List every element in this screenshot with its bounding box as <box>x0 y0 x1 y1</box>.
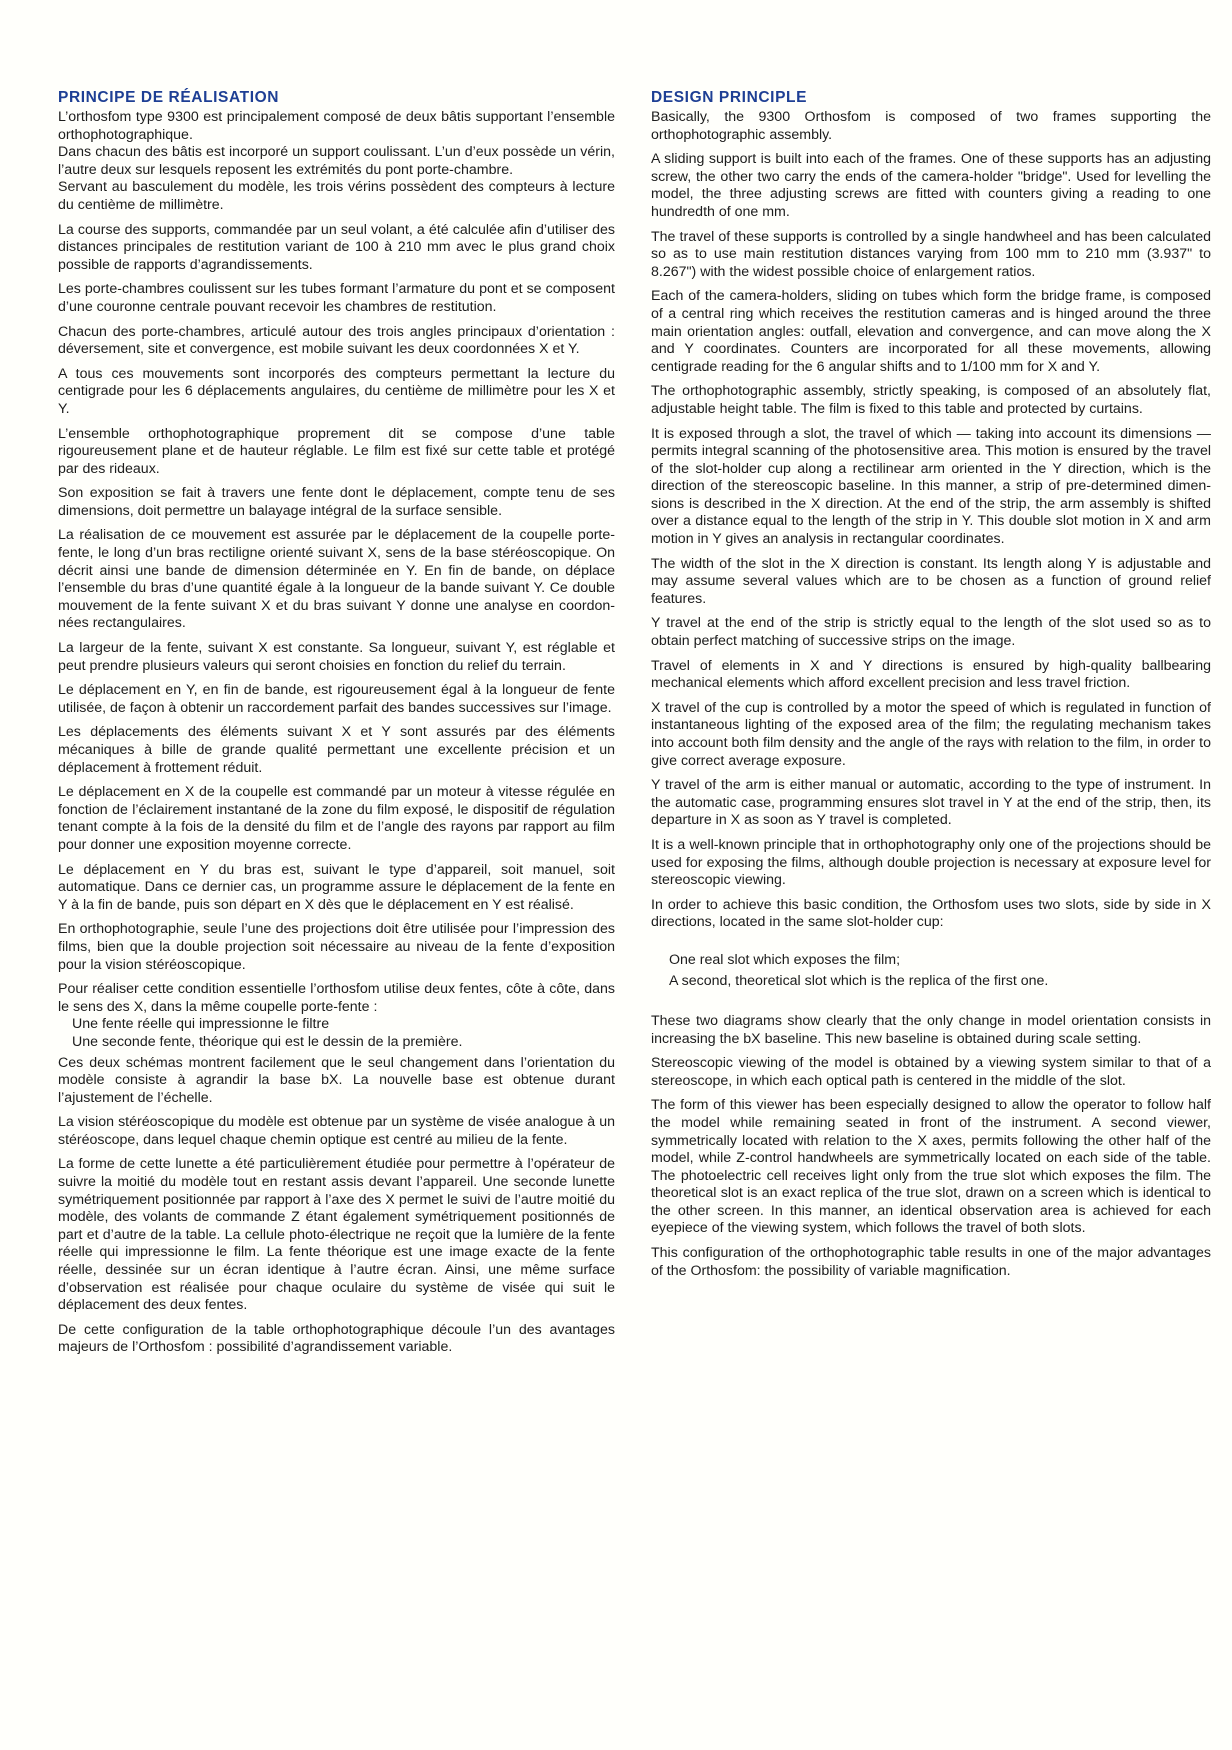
paragraph: La forme de cette lunette a été particul… <box>58 1156 615 1314</box>
paragraph: The form of this viewer has been especia… <box>651 1097 1211 1238</box>
english-column: DESIGN PRINCIPLE Basically, the 9300 Ort… <box>651 88 1211 1287</box>
paragraph: Chacun des porte-chambres, articulé auto… <box>58 324 615 359</box>
paragraph: Each of the camera-holders, sliding on t… <box>651 288 1211 376</box>
paragraph: Dans chacun des bâtis est incorporé un s… <box>58 144 615 179</box>
paragraph: It is a well-known principle that in ort… <box>651 837 1211 890</box>
paragraph: These two diagrams show clearly that the… <box>651 1013 1211 1048</box>
slot-list: One real slot which exposes the film; A … <box>651 950 1211 992</box>
slot-list: Une fente réelle qui impressionne le fil… <box>58 1016 615 1051</box>
paragraph: Ces deux schémas montrent facilement que… <box>58 1055 615 1108</box>
french-heading: PRINCIPE DE RÉALISATION <box>58 88 615 108</box>
paragraph: A tous ces mouvements sont incorporés de… <box>58 366 615 419</box>
paragraph: Basically, the 9300 Orthosfom is compose… <box>651 109 1211 144</box>
paragraph: De cette configuration de la table ortho… <box>58 1322 615 1357</box>
paragraph: Le déplacement en Y, en fin de bande, es… <box>58 682 615 717</box>
paragraph: La course des supports, commandée par un… <box>58 222 615 275</box>
paragraph: Y travel at the end of the strip is stri… <box>651 615 1211 650</box>
paragraph: Son exposition se fait à travers une fen… <box>58 485 615 520</box>
paragraph: Pour réaliser cette condition essentiell… <box>58 981 615 1016</box>
list-item: Une seconde fente, théorique qui est le … <box>72 1034 615 1052</box>
list-item: One real slot which exposes the film; <box>669 950 1211 971</box>
paragraph: Le déplacement en Y du bras est, suivant… <box>58 862 615 915</box>
english-heading: DESIGN PRINCIPLE <box>651 88 1211 108</box>
paragraph: La réalisation de ce mouvement est assur… <box>58 527 615 633</box>
paragraph: Travel of elements in X and Y directions… <box>651 658 1211 693</box>
paragraph: La largeur de la fente, suivant X est co… <box>58 640 615 675</box>
paragraph: Les déplacements des éléments suivant X … <box>58 724 615 777</box>
paragraph: Les porte-chambres coulissent sur les tu… <box>58 281 615 316</box>
list-item: A second, theoretical slot which is the … <box>669 971 1211 992</box>
paragraph: Servant au basculement du modèle, les tr… <box>58 179 615 214</box>
paragraph: The width of the slot in the X direction… <box>651 556 1211 609</box>
paragraph: Stereoscopic viewing of the model is obt… <box>651 1055 1211 1090</box>
paragraph: L’ensemble orthophotographique propremen… <box>58 426 615 479</box>
paragraph: En orthophotographie, seule l’une des pr… <box>58 921 615 974</box>
paragraph: In order to achieve this basic condition… <box>651 897 1211 932</box>
list-item: Une fente réelle qui impressionne le fil… <box>72 1016 615 1034</box>
paragraph: The travel of these supports is controll… <box>651 229 1211 282</box>
paragraph: L’orthosfom type 9300 est principalement… <box>58 109 615 144</box>
document-page: PRINCIPE DE RÉALISATION L’orthosfom type… <box>0 0 1232 1750</box>
paragraph: X travel of the cup is controlled by a m… <box>651 700 1211 770</box>
paragraph: La vision stéréoscopique du modèle est o… <box>58 1114 615 1149</box>
paragraph: Y travel of the arm is either manual or … <box>651 777 1211 830</box>
french-column: PRINCIPE DE RÉALISATION L’orthosfom type… <box>58 88 615 1364</box>
paragraph: It is exposed through a slot, the travel… <box>651 426 1211 549</box>
paragraph: The orthophotographic assembly, strictly… <box>651 383 1211 418</box>
paragraph: Le déplacement en X de la coupelle est c… <box>58 784 615 854</box>
paragraph: This configuration of the orthophotograp… <box>651 1245 1211 1280</box>
paragraph: A sliding support is built into each of … <box>651 151 1211 221</box>
